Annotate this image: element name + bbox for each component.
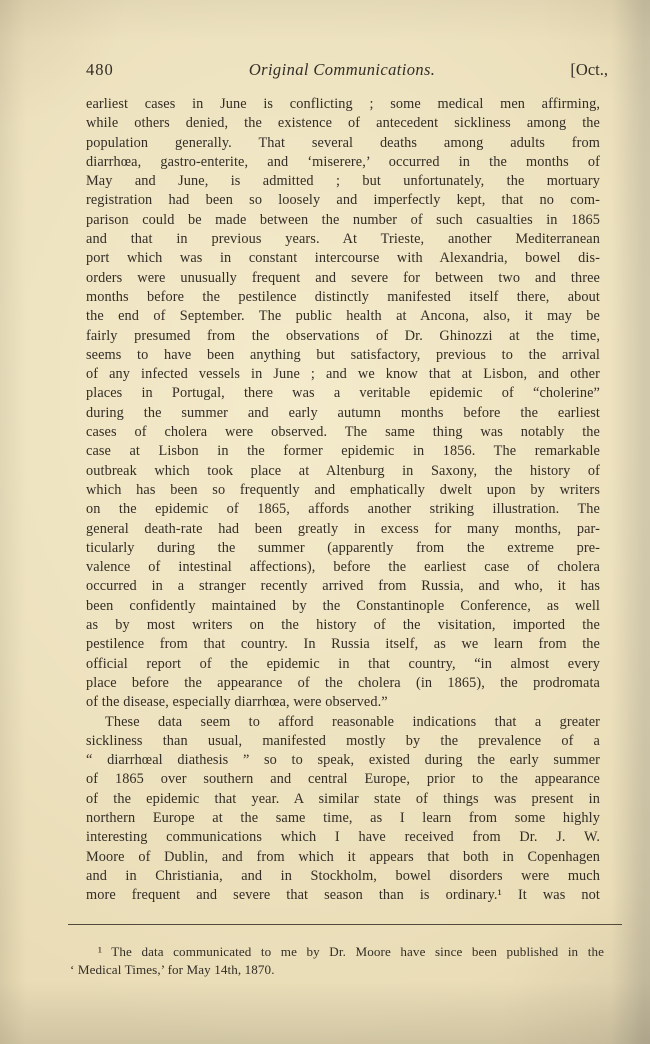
text-line: parison could be made between the number… — [86, 211, 600, 230]
text-line: diarrhœa, gastro-enterite, and ‘miserere… — [86, 153, 600, 172]
text-line: sickliness than usual, manifested mostly… — [86, 732, 600, 751]
text-line: ticularly during the summer (apparently … — [86, 539, 600, 558]
text-line: northern Europe at the same time, as I l… — [86, 809, 600, 828]
text-line: Moore of Dublin, and from which it appea… — [86, 848, 600, 867]
text-line: ¹ The data communicated to me by Dr. Moo… — [70, 943, 604, 961]
text-line: and in Christiania, and in Stockholm, bo… — [86, 867, 600, 886]
text-line: place before the appearance of the chole… — [86, 674, 600, 693]
running-title: Original Communications. — [114, 60, 571, 80]
text-line: places in Portugal, there was a veritabl… — [86, 384, 600, 403]
text-line: while others denied, the existence of an… — [86, 114, 600, 133]
text-line: cases of cholera were observed. The same… — [86, 423, 600, 442]
text-line: valence of intestinal affections), befor… — [86, 558, 600, 577]
text-line: These data seem to afford reasonable ind… — [86, 713, 600, 732]
book-page: 480 Original Communications. [Oct., earl… — [0, 0, 650, 1044]
text-line: during the summer and early autumn month… — [86, 404, 600, 423]
text-line: as by most writers on the history of the… — [86, 616, 600, 635]
text-line: interesting communications which I have … — [86, 828, 600, 847]
text-line: fairly presumed from the observations of… — [86, 327, 600, 346]
text-line: been confidently maintained by the Const… — [86, 597, 600, 616]
text-line: ‘ Medical Times,’ for May 14th, 1870. — [70, 961, 604, 979]
paragraph: These data seem to afford reasonable ind… — [86, 713, 600, 906]
text-line: of the disease, especially diarrhœa, wer… — [86, 693, 600, 712]
text-line: general death-rate had been greatly in e… — [86, 520, 600, 539]
text-line: orders were unusually frequent and sever… — [86, 269, 600, 288]
paragraph: earliest cases in June is conflicting ; … — [86, 95, 600, 713]
text-line: May and June, is admitted ; but unfortun… — [86, 172, 600, 191]
text-line: on the epidemic of 1865, affords another… — [86, 500, 600, 519]
text-line: more frequent and severe that season tha… — [86, 886, 600, 905]
text-line: “ diarrhœal diathesis ” so to speak, exi… — [86, 751, 600, 770]
page-number: 480 — [86, 60, 114, 80]
text-line: seems to have been anything but satisfac… — [86, 346, 600, 365]
page-header: 480 Original Communications. [Oct., — [86, 60, 608, 80]
text-line: occurred in a stranger recently arrived … — [86, 577, 600, 596]
text-line: which has been so frequently and emphati… — [86, 481, 600, 500]
text-line: of the epidemic that year. A similar sta… — [86, 790, 600, 809]
text-line: population generally. That several death… — [86, 134, 600, 153]
text-line: of 1865 over southern and central Europe… — [86, 770, 600, 789]
text-line: case at Lisbon in the former epidemic in… — [86, 442, 600, 461]
text-line: registration had been so loosely and imp… — [86, 191, 600, 210]
text-line: and that in previous years. At Trieste, … — [86, 230, 600, 249]
text-line: outbreak which took place at Altenburg i… — [86, 462, 600, 481]
issue-date: [Oct., — [570, 60, 608, 80]
footnote-divider — [68, 924, 622, 925]
body-text: earliest cases in June is conflicting ; … — [86, 95, 600, 905]
text-line: months before the pestilence distinctly … — [86, 288, 600, 307]
footnote: ¹ The data communicated to me by Dr. Moo… — [70, 943, 604, 978]
text-line: official report of the epidemic in that … — [86, 655, 600, 674]
text-line: the end of September. The public health … — [86, 307, 600, 326]
text-line: earliest cases in June is conflicting ; … — [86, 95, 600, 114]
paragraph: ¹ The data communicated to me by Dr. Moo… — [70, 943, 604, 978]
text-line: pestilence from that country. In Russia … — [86, 635, 600, 654]
text-line: port which was in constant intercourse w… — [86, 249, 600, 268]
text-line: of any infected vessels in June ; and we… — [86, 365, 600, 384]
